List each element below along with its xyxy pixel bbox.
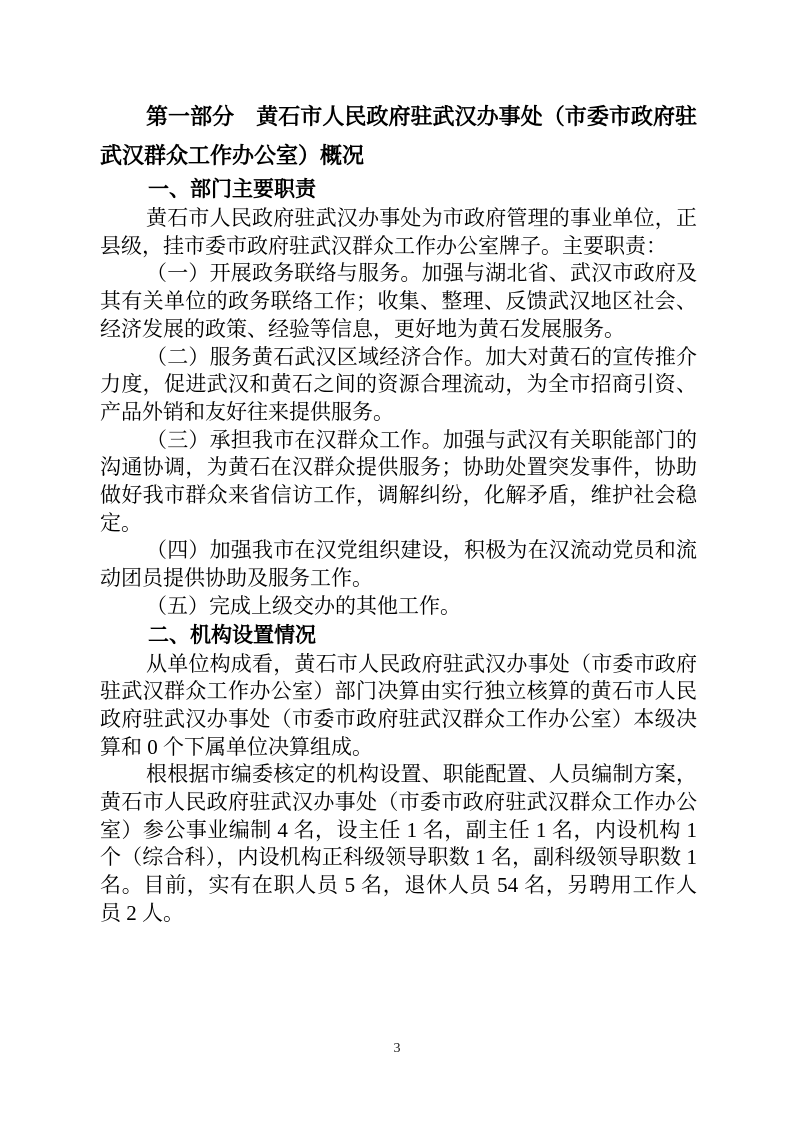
section-heading-organization: 二、机构设置情况 (100, 621, 697, 651)
document-page: 第一部分 黄石市人民政府驻武汉办事处（市委市政府驻武汉群众工作办公室）概况 一、… (0, 0, 794, 1123)
paragraph-org-composition: 从单位构成看，黄石市人民政府驻武汉办事处（市委市政府驻武汉群众工作办公室）部门决… (100, 651, 697, 762)
document-content: 第一部分 黄石市人民政府驻武汉办事处（市委市政府驻武汉群众工作办公室）概况 一、… (100, 97, 697, 928)
section-heading-duties: 一、部门主要职责 (100, 175, 697, 205)
paragraph-duty-5: （五）完成上级交办的其他工作。 (100, 593, 697, 621)
paragraph-duty-4: （四）加强我市在汉党组织建设，积极为在汉流动党员和流动团员提供协助及服务工作。 (100, 537, 697, 592)
paragraph-intro: 黄石市人民政府驻武汉办事处为市政府管理的事业单位，正县级，挂市委市政府驻武汉群众… (100, 205, 697, 260)
paragraph-duty-2: （二）服务黄石武汉区域经济合作。加大对黄石的宣传推介力度，促进武汉和黄石之间的资… (100, 344, 697, 427)
paragraph-duty-3: （三）承担我市在汉群众工作。加强与武汉有关职能部门的沟通协调，为黄石在汉群众提供… (100, 427, 697, 538)
page-footer: 3 (0, 1039, 794, 1057)
document-title: 第一部分 黄石市人民政府驻武汉办事处（市委市政府驻武汉群众工作办公室）概况 (100, 97, 697, 175)
page-number: 3 (394, 1041, 401, 1056)
paragraph-org-staffing: 根根据市编委核定的机构设置、职能配置、人员编制方案，黄石市人民政府驻武汉办事处（… (100, 761, 697, 927)
paragraph-duty-1: （一）开展政务联络与服务。加强与湖北省、武汉市政府及其有关单位的政务联络工作；收… (100, 260, 697, 343)
